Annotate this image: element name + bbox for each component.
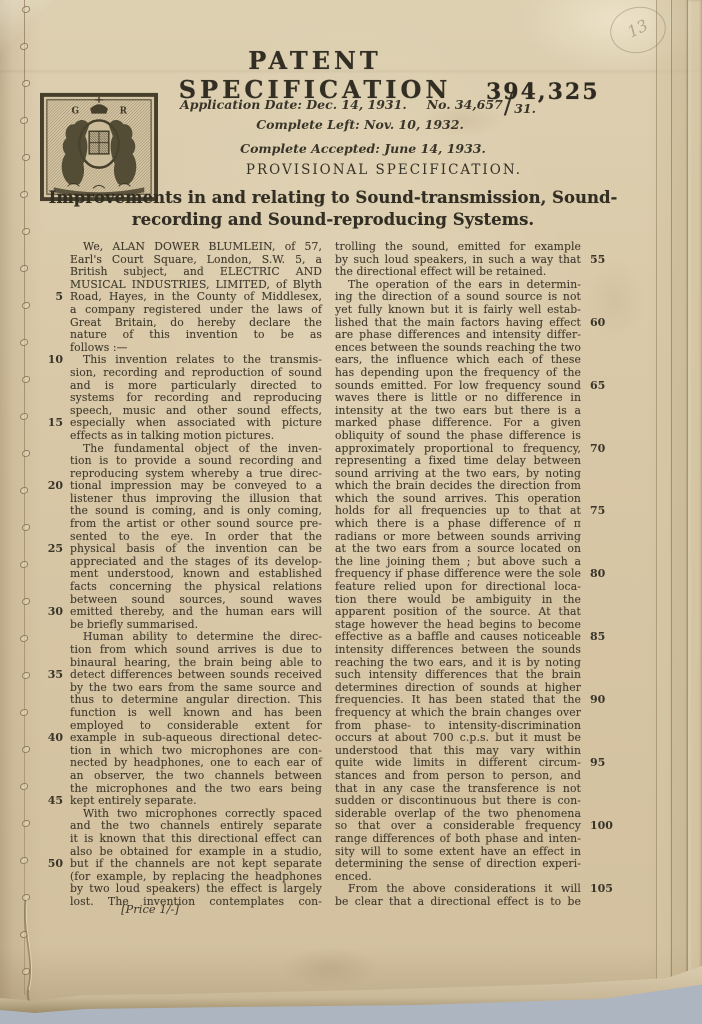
text-line: 50but if the channels are not kept separ… — [40, 858, 322, 871]
text-line: 45kept entirely separate. — [40, 795, 322, 808]
line-text: determining the sense of direction exper… — [335, 858, 581, 871]
line-number: 55 — [581, 254, 617, 267]
line-text: feature relied upon for directional loca… — [335, 581, 581, 594]
line-text: be clear that a directional effect is to… — [335, 896, 581, 909]
stitch-loop — [22, 746, 30, 753]
text-line: 20tional impression may be conveyed to a — [40, 480, 322, 493]
line-number: 10 — [40, 354, 70, 367]
line-number — [40, 266, 70, 279]
line-number — [581, 329, 617, 342]
text-line: by two loud speakers) the effect is larg… — [40, 883, 322, 896]
line-text: tional impression may be conveyed to a — [70, 480, 322, 493]
line-number: 40 — [40, 732, 70, 745]
line-number — [581, 543, 617, 556]
stitch-loop — [20, 857, 28, 864]
invention-title-line1: Improvements in and relating to Sound-tr… — [49, 188, 618, 207]
price-note: [Price 1/-] — [95, 902, 205, 916]
line-text: range differences of both phase and inte… — [335, 833, 581, 846]
stitch-loop — [20, 191, 28, 198]
text-line: 35detect differences between sounds rece… — [40, 669, 322, 682]
line-number — [581, 707, 617, 720]
line-number: 65 — [581, 380, 617, 393]
text-line: tion is to provide a sound recording and — [40, 455, 322, 468]
line-text: physical basis of the invention can be — [70, 543, 322, 556]
line-text: the directional effect will be retained. — [335, 266, 581, 279]
line-text: systems for recording and reproducing — [70, 392, 322, 405]
text-line: has depending upon the frequency of the — [335, 367, 617, 380]
stitch-loop — [22, 450, 30, 457]
text-line: We, ALAN DOWER BLUMLEIN, of 57, — [40, 241, 322, 254]
line-number: 75 — [581, 505, 617, 518]
text-line: sudden or discontinuous but there is con… — [335, 795, 617, 808]
line-number — [581, 480, 617, 493]
svg-text:R: R — [120, 107, 128, 117]
stitch-loop — [20, 43, 28, 50]
line-number: 90 — [581, 694, 617, 707]
line-number — [40, 430, 70, 443]
line-text: sudden or discontinuous but there is con… — [335, 795, 581, 808]
line-text: intensity differences between the sounds — [335, 644, 581, 657]
stitch-loop — [22, 302, 30, 309]
line-number — [40, 556, 70, 569]
application-date-value: Dec. 14, 1931. — [306, 97, 406, 112]
text-line: it is known that this directional effect… — [40, 833, 322, 846]
stitch-loop — [20, 117, 28, 124]
line-number — [40, 455, 70, 468]
line-number — [40, 833, 70, 846]
line-number — [581, 342, 617, 355]
line-text: effects as in talking motion pictures. — [70, 430, 322, 443]
line-text: apparent position of the source. At that — [335, 606, 581, 619]
text-line: 25physical basis of the invention can be — [40, 543, 322, 556]
line-number — [40, 367, 70, 380]
svg-text:G: G — [71, 107, 79, 117]
page-edge-strip — [656, 0, 670, 1002]
text-line: British subject, and ELECTRIC AND — [40, 266, 322, 279]
line-number: 20 — [40, 480, 70, 493]
line-number — [40, 896, 70, 909]
line-number — [581, 669, 617, 682]
line-number — [581, 266, 617, 279]
complete-left-line: Complete Left: Nov. 10, 1932. — [110, 117, 610, 132]
stitch-loop — [20, 561, 28, 568]
line-text: kept entirely separate. — [70, 795, 322, 808]
line-text: frequency at which the brain changes ove… — [335, 707, 581, 720]
text-line: frequency at which the brain changes ove… — [335, 707, 617, 720]
text-line: representing a fixed time delay between — [335, 455, 617, 468]
line-number — [581, 896, 617, 909]
patent-number: 394,325 — [486, 79, 600, 105]
text-line: occurs at about 700 c.p.s. but it must b… — [335, 732, 617, 745]
line-number — [581, 279, 617, 292]
line-number: 100 — [581, 820, 617, 833]
line-number — [40, 518, 70, 531]
body-text: We, ALAN DOWER BLUMLEIN, of 57,Earl's Co… — [40, 241, 617, 908]
text-line: sion, recording and reproduction of soun… — [40, 367, 322, 380]
line-number — [581, 455, 617, 468]
line-number — [581, 846, 617, 859]
line-number — [581, 720, 617, 733]
line-number — [581, 644, 617, 657]
line-number — [40, 392, 70, 405]
text-line: the directional effect will be retained. — [335, 266, 617, 279]
stitch-loop — [20, 339, 28, 346]
text-line: at the two ears from a source located on — [335, 543, 617, 556]
text-line: systems for recording and reproducing — [40, 392, 322, 405]
stitch-loop — [22, 228, 30, 235]
line-number — [40, 568, 70, 581]
line-text: sion, recording and reproduction of soun… — [70, 367, 322, 380]
line-number — [40, 443, 70, 456]
line-number — [40, 241, 70, 254]
text-line: from the artist or other sound source pr… — [40, 518, 322, 531]
line-number — [40, 707, 70, 720]
line-number — [581, 657, 617, 670]
stitch-loop — [22, 80, 30, 87]
line-number — [40, 644, 70, 657]
text-line: feature relied upon for directional loca… — [335, 581, 617, 594]
line-number: 95 — [581, 757, 617, 770]
right-column: trolling the sound, emitted for exampleb… — [335, 241, 617, 908]
stitch-loop — [20, 413, 28, 420]
stitch-loop — [22, 376, 30, 383]
line-number: 60 — [581, 317, 617, 330]
line-text: emitted thereby, and the human ears will — [70, 606, 322, 619]
line-number — [581, 468, 617, 481]
line-number — [581, 518, 617, 531]
patent-page: 13 PATENT SPECIFICATION G R — [0, 0, 702, 1002]
line-number — [581, 304, 617, 317]
line-text: it is known that this directional effect… — [70, 833, 322, 846]
line-number — [581, 241, 617, 254]
line-text: has depending upon the frequency of the — [335, 367, 581, 380]
line-number: 35 — [40, 669, 70, 682]
line-text: from the artist or other sound source pr… — [70, 518, 322, 531]
text-line: tion from which sound arrives is due to — [40, 644, 322, 657]
stitch-loop — [20, 635, 28, 642]
line-text: nature of this invention to be as — [70, 329, 322, 342]
line-number — [581, 732, 617, 745]
application-date-label: Application Date: — [180, 97, 302, 112]
line-number — [40, 631, 70, 644]
text-line: facts concerning the physical relations — [40, 581, 322, 594]
line-number: 45 — [40, 795, 70, 808]
line-text: facts concerning the physical relations — [70, 581, 322, 594]
complete-accepted-line: Complete Accepted: June 14, 1933. — [113, 141, 613, 156]
line-number — [40, 380, 70, 393]
line-text: an observer, the two channels between — [70, 770, 322, 783]
line-text: yet fully known but it is fairly well es… — [335, 304, 581, 317]
line-number — [581, 594, 617, 607]
line-text: waves there is little or no difference i… — [335, 392, 581, 405]
line-number — [40, 505, 70, 518]
stitch-loop — [22, 598, 30, 605]
line-number — [581, 531, 617, 544]
stitch-loop — [22, 820, 30, 827]
line-text: British subject, and ELECTRIC AND — [70, 266, 322, 279]
line-text: example in sub-aqueous directional detec… — [70, 732, 322, 745]
line-number: 15 — [40, 417, 70, 430]
text-line: trolling the sound, emitted for example — [335, 241, 617, 254]
text-line: are phase differences and intensity diff… — [335, 329, 617, 342]
line-text: We, ALAN DOWER BLUMLEIN, of 57, — [70, 241, 322, 254]
line-number — [581, 858, 617, 871]
line-number: 105 — [581, 883, 617, 896]
line-number — [581, 367, 617, 380]
stitch-loop — [22, 524, 30, 531]
stitch-loop — [22, 154, 30, 161]
line-number — [581, 581, 617, 594]
line-number — [40, 757, 70, 770]
line-text: by two loud speakers) the effect is larg… — [70, 883, 322, 896]
line-number — [581, 770, 617, 783]
line-number — [40, 329, 70, 342]
line-number — [40, 883, 70, 896]
line-number: 30 — [40, 606, 70, 619]
text-line: nature of this invention to be as — [40, 329, 322, 342]
text-line: determining the sense of direction exper… — [335, 858, 617, 871]
line-number — [581, 833, 617, 846]
text-line: function is well known and has been — [40, 707, 322, 720]
text-line: 40example in sub-aqueous directional det… — [40, 732, 322, 745]
line-number — [581, 291, 617, 304]
line-number: 85 — [581, 631, 617, 644]
text-line: apparent position of the source. At that — [335, 606, 617, 619]
line-text: obliquity of sound the phase difference … — [335, 430, 581, 443]
line-number — [40, 770, 70, 783]
line-number — [40, 304, 70, 317]
scanned-page: 13 PATENT SPECIFICATION G R — [0, 0, 702, 1024]
line-text: function is well known and has been — [70, 707, 322, 720]
text-line: effects as in talking motion pictures. — [40, 430, 322, 443]
line-text: a company registered under the laws of — [70, 304, 322, 317]
line-number — [40, 694, 70, 707]
line-number — [581, 606, 617, 619]
text-line: 30emitted thereby, and the human ears wi… — [40, 606, 322, 619]
stitch-loop — [20, 265, 28, 272]
line-text: are phase differences and intensity diff… — [335, 329, 581, 342]
line-number — [40, 871, 70, 884]
text-line: obliquity of sound the phase difference … — [335, 430, 617, 443]
stitch-loop — [22, 6, 30, 13]
left-column: We, ALAN DOWER BLUMLEIN, of 57,Earl's Co… — [40, 241, 322, 908]
line-number — [581, 783, 617, 796]
stitch-loop — [22, 672, 30, 679]
page-edge-strip — [687, 0, 702, 1002]
text-line: range differences of both phase and inte… — [335, 833, 617, 846]
line-text: representing a fixed time delay between — [335, 455, 581, 468]
invention-title-line2: recording and Sound-reproducing Systems. — [132, 210, 534, 229]
line-text: tion from which sound arrives is due to — [70, 644, 322, 657]
line-number — [40, 619, 70, 632]
text-line: which the brain decides the direction fr… — [335, 480, 617, 493]
text-line: waves there is little or no difference i… — [335, 392, 617, 405]
text-line: be clear that a directional effect is to… — [335, 896, 617, 909]
line-text: occurs at about 700 c.p.s. but it must b… — [335, 732, 581, 745]
text-line: From the above considerations it will105 — [335, 883, 617, 896]
line-number — [40, 254, 70, 267]
line-number — [581, 795, 617, 808]
line-number — [581, 392, 617, 405]
line-number — [581, 417, 617, 430]
line-text: which there is a phase difference of π — [335, 518, 581, 531]
line-number: 5 — [40, 291, 70, 304]
line-text: such intensity differences that the brai… — [335, 669, 581, 682]
text-line: an observer, the two channels between — [40, 770, 322, 783]
line-text: which the brain decides the direction fr… — [335, 480, 581, 493]
line-number: 80 — [581, 568, 617, 581]
stitch-loop — [20, 709, 28, 716]
line-number: 25 — [40, 543, 70, 556]
line-number — [40, 317, 70, 330]
text-line: yet fully known but it is fairly well es… — [335, 304, 617, 317]
line-text: at the two ears from a source located on — [335, 543, 581, 556]
stitch-loop — [20, 487, 28, 494]
text-line: a company registered under the laws of — [40, 304, 322, 317]
line-text: detect differences between sounds receiv… — [70, 669, 322, 682]
invention-title: Improvements in and relating to Sound-tr… — [33, 187, 633, 231]
text-line: intensity differences between the sounds — [335, 644, 617, 657]
stitch-loop — [20, 783, 28, 790]
line-text: From the above considerations it will — [335, 883, 581, 896]
line-number — [40, 682, 70, 695]
page-edge-strip — [671, 0, 686, 1002]
line-text: stances and from person to person, and — [335, 770, 581, 783]
line-number: 70 — [581, 443, 617, 456]
line-text: tion is to provide a sound recording and — [70, 455, 322, 468]
text-line: stances and from person to person, and — [335, 770, 617, 783]
line-text: but if the channels are not kept separat… — [70, 858, 322, 871]
line-number — [40, 820, 70, 833]
line-number — [40, 581, 70, 594]
line-number: 50 — [40, 858, 70, 871]
line-number — [40, 808, 70, 821]
section-heading: PROVISIONAL SPECIFICATION. — [134, 162, 634, 178]
line-number — [581, 430, 617, 443]
line-number — [581, 354, 617, 367]
line-number — [581, 405, 617, 418]
line-text: trolling the sound, emitted for example — [335, 241, 581, 254]
line-number — [40, 745, 70, 758]
line-number — [40, 493, 70, 506]
text-line: which there is a phase difference of π — [335, 518, 617, 531]
text-line: such intensity differences that the brai… — [335, 669, 617, 682]
